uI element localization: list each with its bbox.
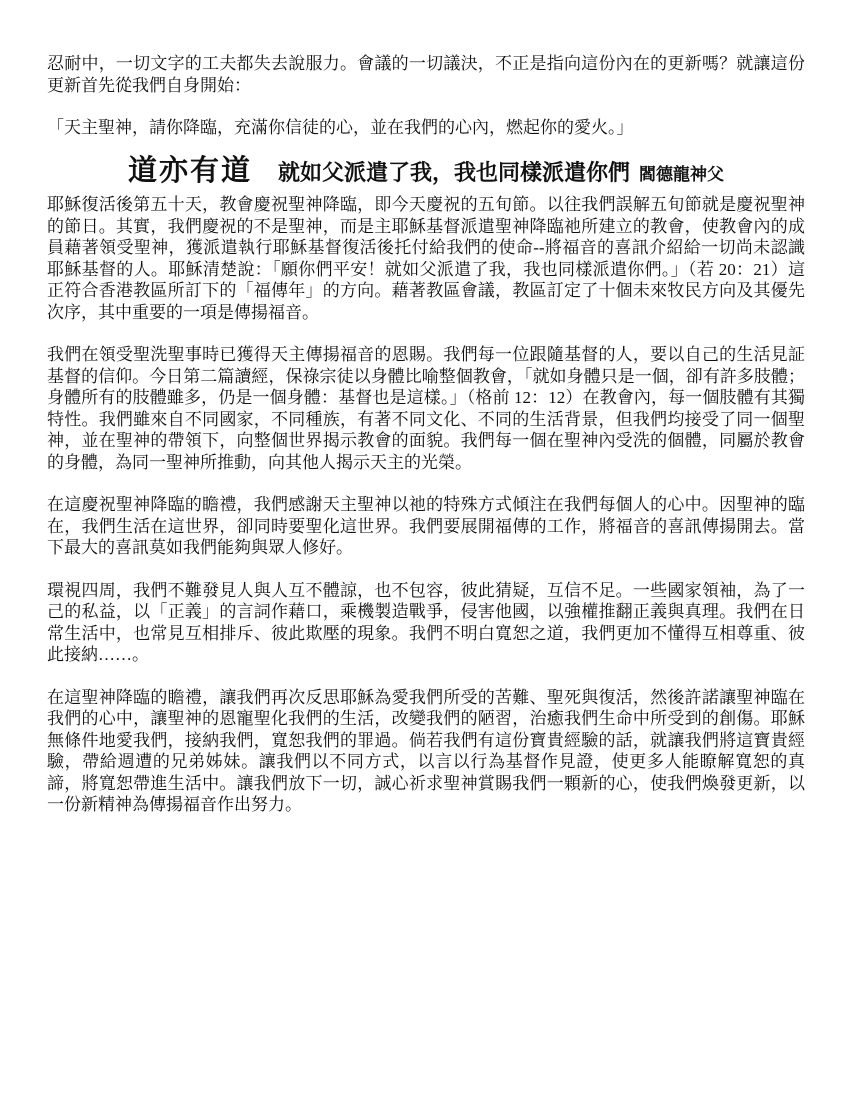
article-paragraph-1: 耶穌復活後第五十天，教會慶祝聖神降臨，即今天慶祝的五旬節。以往我們誤解五旬節就是…	[47, 194, 805, 323]
article-header: 道亦有道就如父派遣了我，我也同樣派遣你們閻德龍神父	[47, 161, 805, 186]
article-paragraph-2: 我們在領受聖洗聖事時已獲得天主傳揚福音的恩賜。我們每一位跟隨基督的人，要以自己的…	[47, 344, 805, 473]
column-title: 道亦有道	[128, 155, 252, 187]
article-title: 就如父派遣了我，我也同樣派遣你們	[278, 160, 630, 185]
article-paragraph-3: 在這慶祝聖神降臨的瞻禮，我們感謝天主聖神以祂的特殊方式傾注在我們每個人的心中。因…	[47, 494, 805, 559]
intro-paragraph: 忍耐中，一切文字的工夫都失去說服力。會議的一切議決，不正是指向這份內在的更新嗎？…	[47, 53, 805, 96]
article-paragraph-4: 環視四周，我們不難發見人與人互不體諒，也不包容，彼此猜疑，互信不足。一些國家領袖…	[47, 580, 805, 666]
prayer-quote: 「天主聖神，請你降臨，充滿你信徒的心，並在我們的心內，燃起你的愛火。」	[47, 117, 805, 139]
document-page: 忍耐中，一切文字的工夫都失去說服力。會議的一切議決，不正是指向這份內在的更新嗎？…	[0, 0, 850, 1100]
article-paragraph-5: 在這聖神降臨的瞻禮，讓我們再次反思耶穌為愛我們所受的苦難、聖死與復活，然後許諾讓…	[47, 687, 805, 816]
article-author: 閻德龍神父	[639, 165, 724, 184]
